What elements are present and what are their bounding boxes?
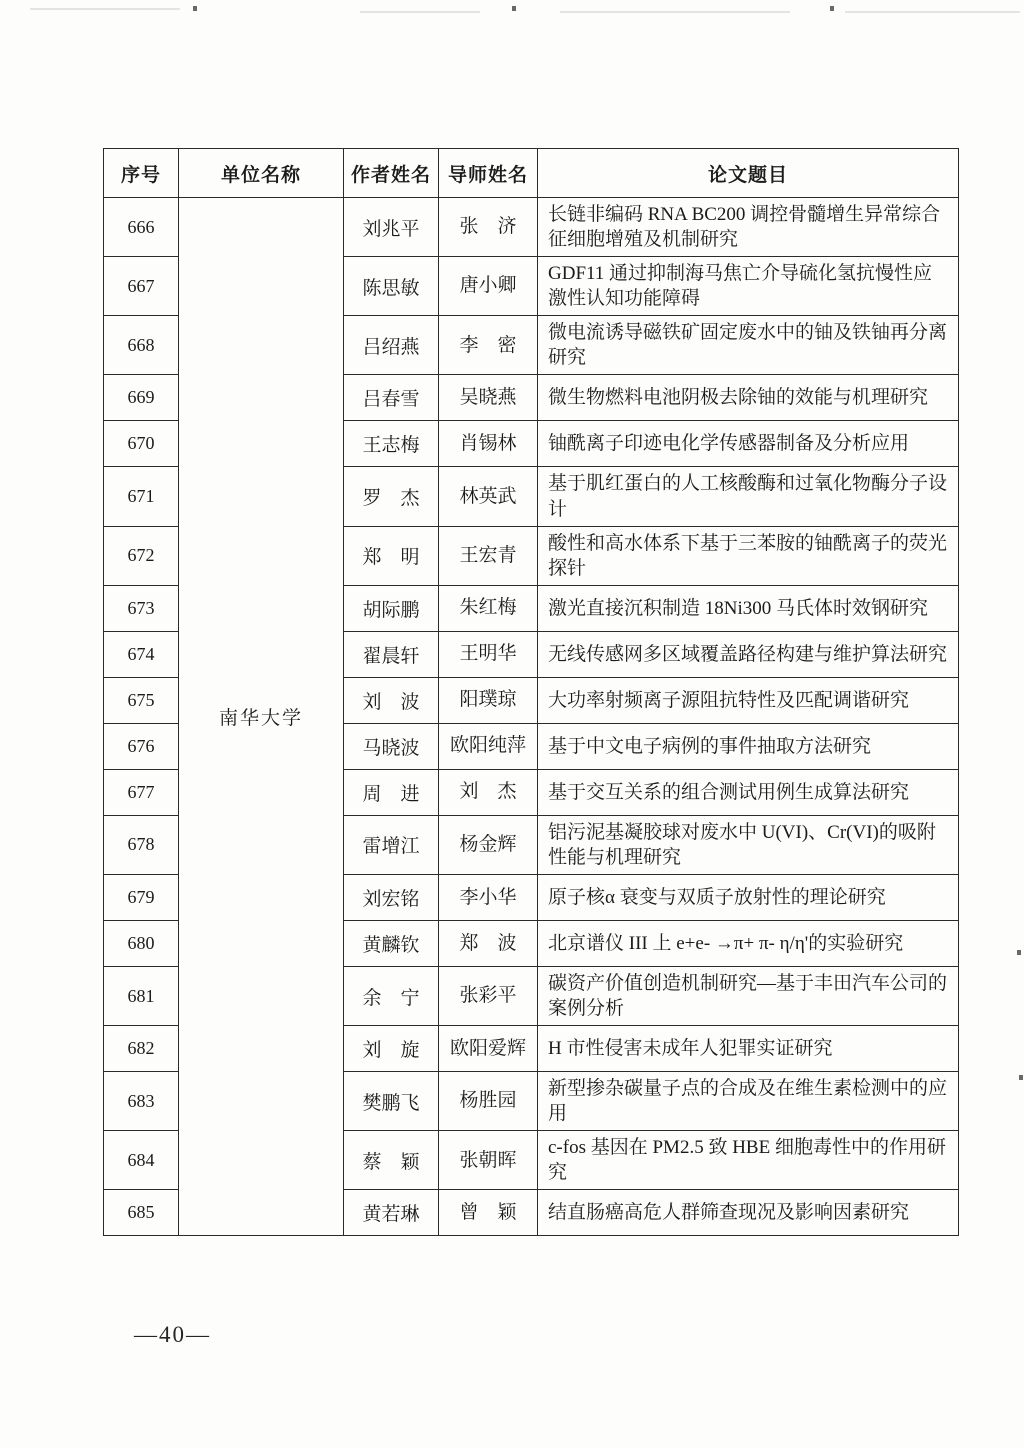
advisor-cell: 杨金辉 [439, 815, 538, 874]
scan-artifact [193, 6, 197, 11]
title-cell: 北京谱仪 III 上 e+e- →π+ π- η/η'的实验研究 [538, 920, 959, 966]
scan-artifact [845, 11, 1020, 13]
author-cell: 雷增江 [344, 815, 439, 874]
title-cell: H 市性侵害未成年人犯罪实证研究 [538, 1026, 959, 1072]
index-cell: 680 [104, 920, 179, 966]
author-cell: 陈思敏 [344, 257, 439, 316]
index-cell: 673 [104, 585, 179, 631]
advisor-cell: 肖锡林 [439, 421, 538, 467]
advisor-cell: 朱红梅 [439, 585, 538, 631]
index-cell: 683 [104, 1072, 179, 1131]
author-cell: 翟晨轩 [344, 631, 439, 677]
title-cell: 铝污泥基凝胶球对废水中 U(VI)、Cr(VI)的吸附性能与机理研究 [538, 815, 959, 874]
unit-cell: 南华大学 [179, 198, 344, 1236]
scan-artifact [360, 11, 480, 13]
scan-artifact [1017, 950, 1021, 955]
index-cell: 679 [104, 874, 179, 920]
title-cell: c-fos 基因在 PM2.5 致 HBE 细胞毒性中的作用研究 [538, 1131, 959, 1190]
header-author: 作者姓名 [344, 149, 439, 198]
header-index: 序号 [104, 149, 179, 198]
title-cell: 铀酰离子印迹电化学传感器制备及分析应用 [538, 421, 959, 467]
author-cell: 刘 旋 [344, 1026, 439, 1072]
index-cell: 670 [104, 421, 179, 467]
title-cell: 基于中文电子病例的事件抽取方法研究 [538, 723, 959, 769]
index-cell: 684 [104, 1131, 179, 1190]
title-cell: 微生物燃料电池阴极去除铀的效能与机理研究 [538, 375, 959, 421]
author-cell: 吕绍燕 [344, 316, 439, 375]
index-cell: 667 [104, 257, 179, 316]
scan-artifact [830, 6, 834, 11]
author-cell: 余 宁 [344, 966, 439, 1025]
advisor-cell: 张朝晖 [439, 1131, 538, 1190]
author-cell: 罗 杰 [344, 467, 439, 526]
title-cell: 长链非编码 RNA BC200 调控骨髓增生异常综合征细胞增殖及机制研究 [538, 198, 959, 257]
advisor-cell: 欧阳爱辉 [439, 1026, 538, 1072]
author-cell: 胡际鹏 [344, 585, 439, 631]
title-cell: 基于肌红蛋白的人工核酸酶和过氧化物酶分子设计 [538, 467, 959, 526]
advisor-cell: 林英武 [439, 467, 538, 526]
page-number: —40— [134, 1322, 211, 1348]
title-cell: 无线传感网多区域覆盖路径构建与维护算法研究 [538, 631, 959, 677]
index-cell: 666 [104, 198, 179, 257]
author-cell: 刘兆平 [344, 198, 439, 257]
advisor-cell: 吴晓燕 [439, 375, 538, 421]
author-cell: 樊鹏飞 [344, 1072, 439, 1131]
index-cell: 682 [104, 1026, 179, 1072]
advisor-cell: 王明华 [439, 631, 538, 677]
title-cell: 微电流诱导磁铁矿固定废水中的铀及铁铀再分离研究 [538, 316, 959, 375]
author-cell: 周 进 [344, 769, 439, 815]
thesis-list-table: 序号 单位名称 作者姓名 导师姓名 论文题目 666 南华大学刘兆平 张 济 长… [103, 148, 959, 1236]
scan-artifact [560, 11, 790, 13]
header-title: 论文题目 [538, 149, 959, 198]
advisor-cell: 李小华 [439, 874, 538, 920]
advisor-cell: 唐小卿 [439, 257, 538, 316]
index-cell: 676 [104, 723, 179, 769]
index-cell: 672 [104, 526, 179, 585]
index-cell: 675 [104, 677, 179, 723]
index-cell: 668 [104, 316, 179, 375]
scanned-document-page: { "page": { "footer_page_number": "—40—"… [0, 0, 1024, 1448]
scan-artifact [1019, 1075, 1023, 1080]
title-cell: GDF11 通过抑制海马焦亡介导硫化氢抗慢性应激性认知功能障碍 [538, 257, 959, 316]
author-cell: 吕春雪 [344, 375, 439, 421]
advisor-cell: 王宏青 [439, 526, 538, 585]
index-cell: 677 [104, 769, 179, 815]
index-cell: 674 [104, 631, 179, 677]
author-cell: 马晓波 [344, 723, 439, 769]
scan-artifact [30, 8, 180, 10]
index-cell: 678 [104, 815, 179, 874]
scan-artifact [512, 6, 516, 11]
title-cell: 新型掺杂碳量子点的合成及在维生素检测中的应用 [538, 1072, 959, 1131]
index-cell: 669 [104, 375, 179, 421]
index-cell: 681 [104, 966, 179, 1025]
advisor-cell: 曾 颖 [439, 1190, 538, 1236]
advisor-cell: 李 密 [439, 316, 538, 375]
advisor-cell: 张彩平 [439, 966, 538, 1025]
header-unit: 单位名称 [179, 149, 344, 198]
advisor-cell: 杨胜园 [439, 1072, 538, 1131]
author-cell: 郑 明 [344, 526, 439, 585]
title-cell: 激光直接沉积制造 18Ni300 马氏体时效钢研究 [538, 585, 959, 631]
author-cell: 黄麟钦 [344, 920, 439, 966]
title-cell: 基于交互关系的组合测试用例生成算法研究 [538, 769, 959, 815]
title-cell: 大功率射频离子源阻抗特性及匹配调谐研究 [538, 677, 959, 723]
advisor-cell: 张 济 [439, 198, 538, 257]
header-advisor: 导师姓名 [439, 149, 538, 198]
title-cell: 原子核α 衰变与双质子放射性的理论研究 [538, 874, 959, 920]
title-cell: 碳资产价值创造机制研究—基于丰田汽车公司的案例分析 [538, 966, 959, 1025]
author-cell: 黄若琳 [344, 1190, 439, 1236]
title-cell: 酸性和高水体系下基于三苯胺的铀酰离子的荧光探针 [538, 526, 959, 585]
index-cell: 685 [104, 1190, 179, 1236]
advisor-cell: 刘 杰 [439, 769, 538, 815]
advisor-cell: 阳璞琼 [439, 677, 538, 723]
index-cell: 671 [104, 467, 179, 526]
table-header-row: 序号 单位名称 作者姓名 导师姓名 论文题目 [104, 149, 959, 198]
advisor-cell: 欧阳纯萍 [439, 723, 538, 769]
table-row: 666 南华大学刘兆平 张 济 长链非编码 RNA BC200 调控骨髓增生异常… [104, 198, 959, 257]
advisor-cell: 郑 波 [439, 920, 538, 966]
author-cell: 刘 波 [344, 677, 439, 723]
author-cell: 刘宏铭 [344, 874, 439, 920]
author-cell: 蔡 颖 [344, 1131, 439, 1190]
author-cell: 王志梅 [344, 421, 439, 467]
title-cell: 结直肠癌高危人群筛查现况及影响因素研究 [538, 1190, 959, 1236]
